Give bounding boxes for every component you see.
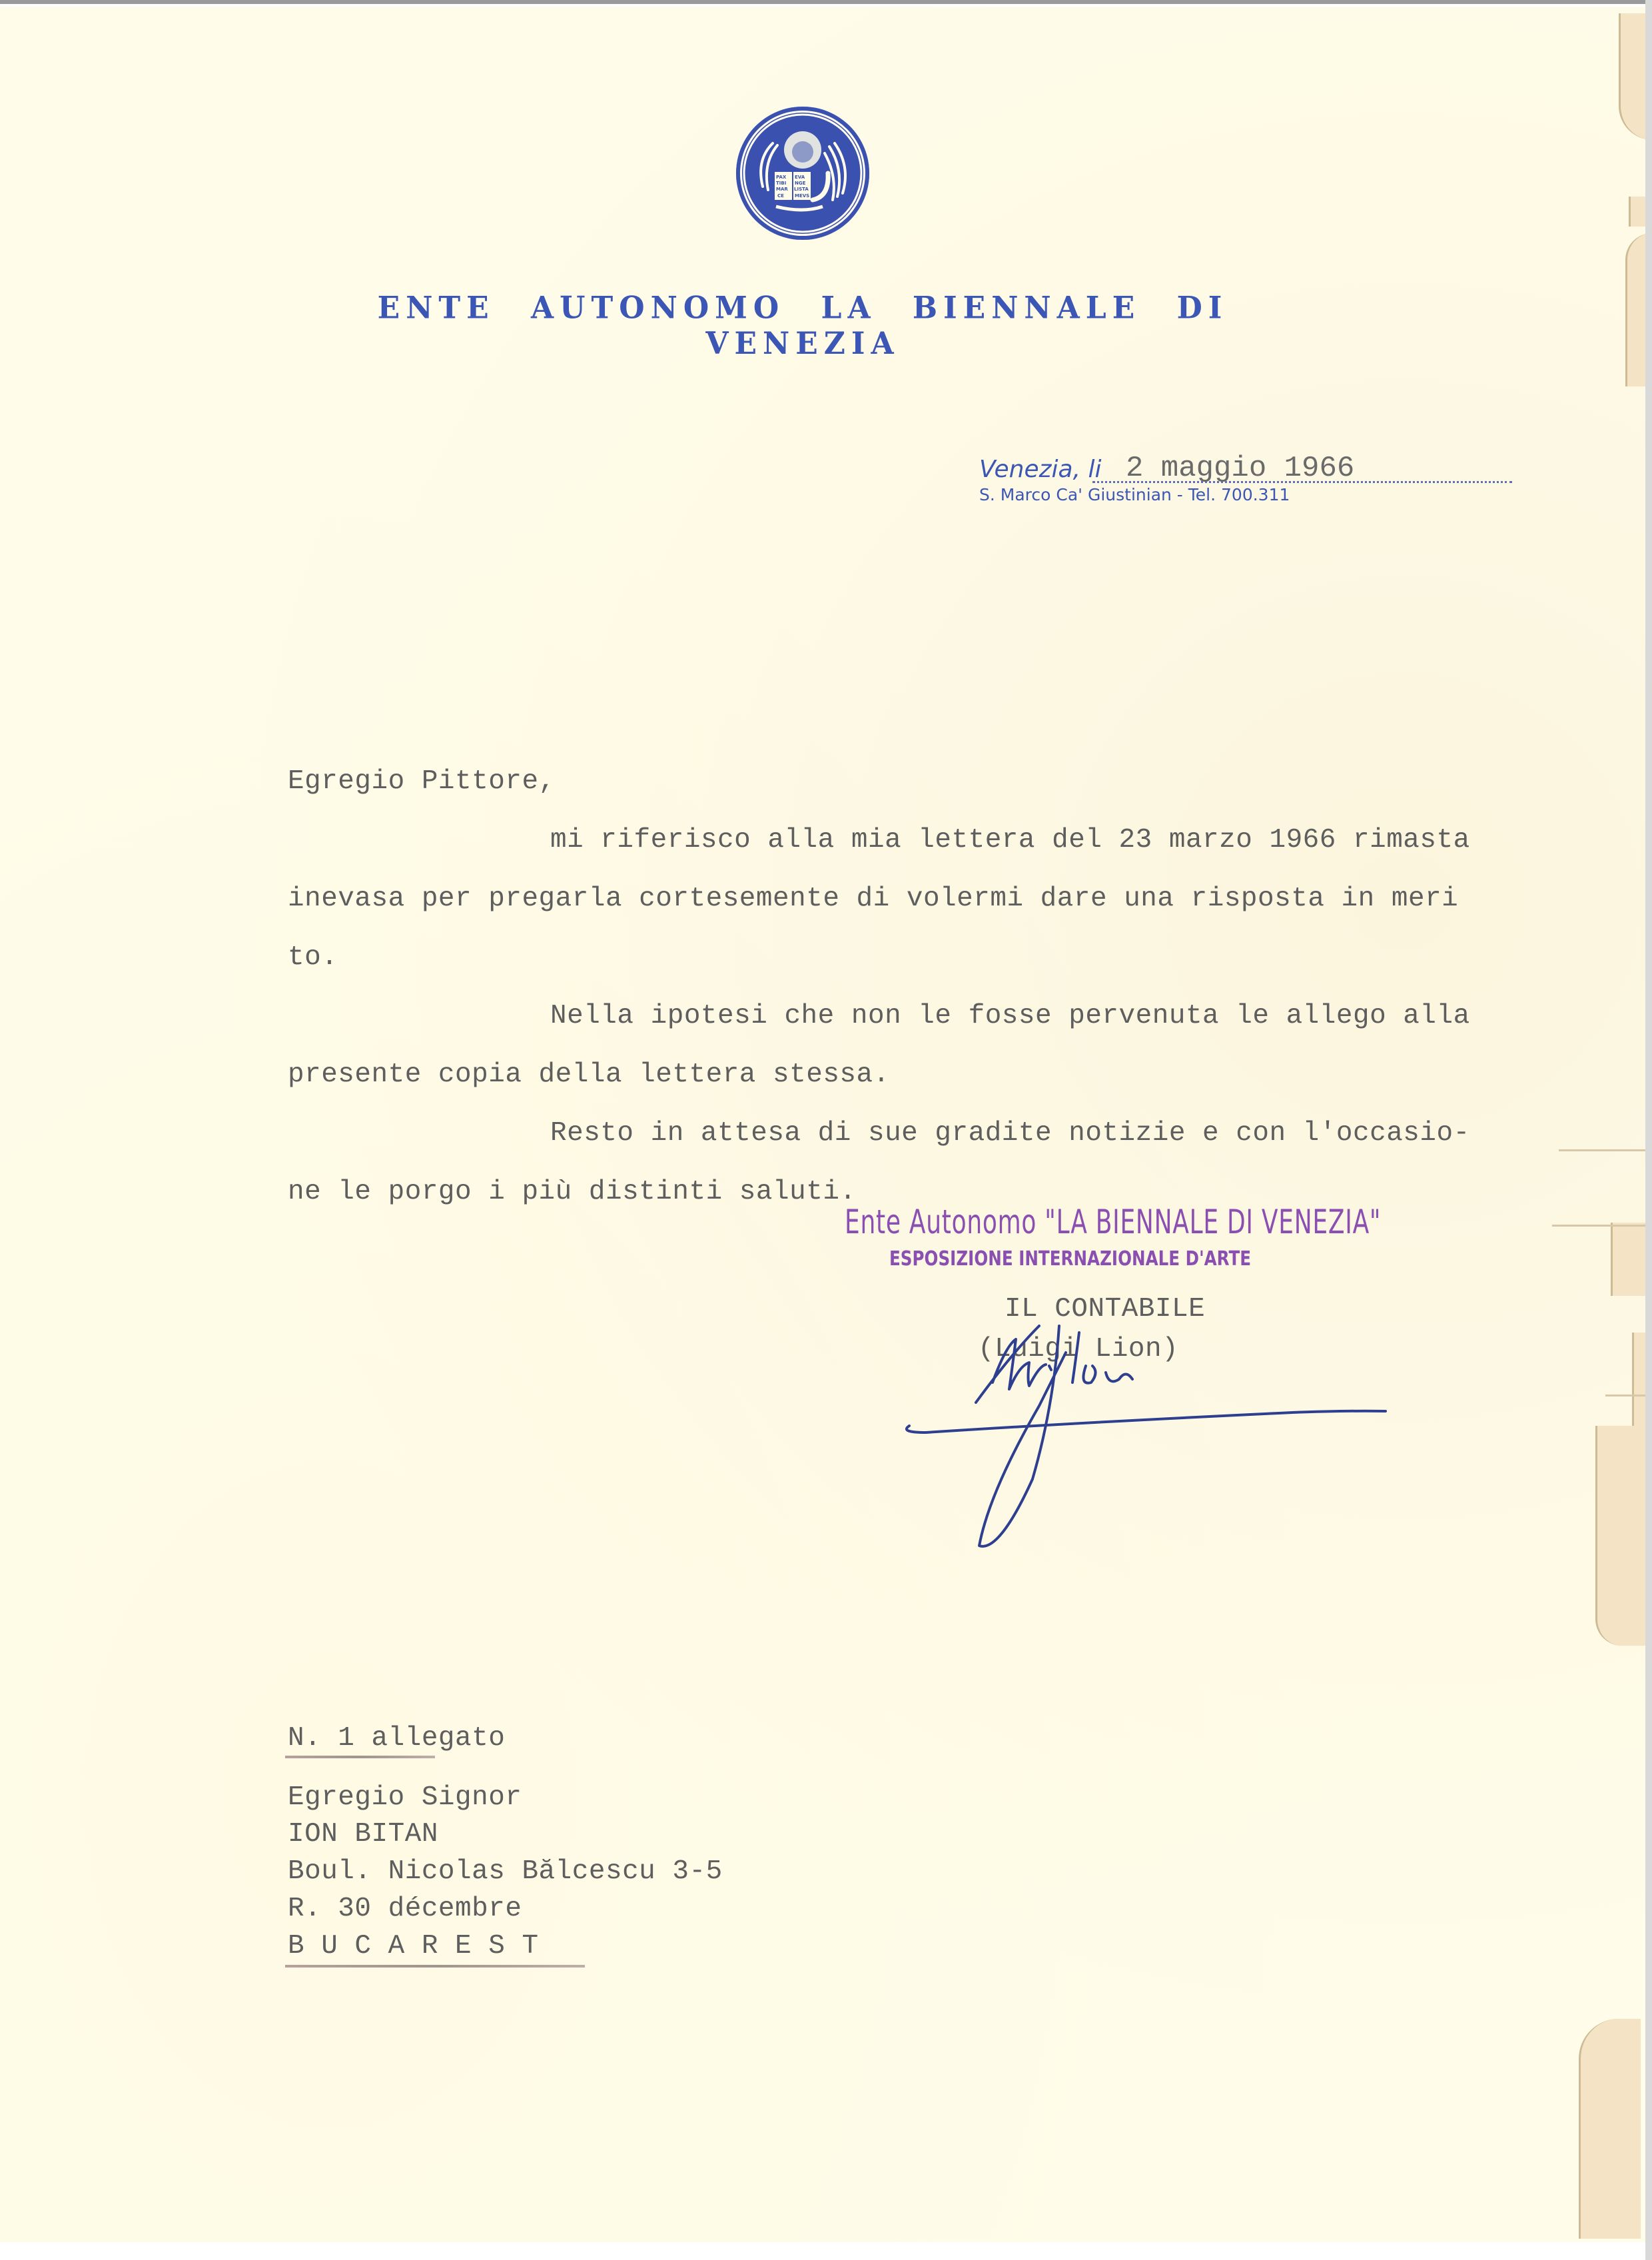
fold-crease: [1605, 1395, 1651, 1397]
recipient-line: R. 30 décembre: [288, 1894, 522, 1924]
torn-edge: [1595, 1426, 1649, 1646]
institution-stamp-subline: ESPOSIZIONE INTERNAZIONALE D'ARTE: [889, 1247, 1251, 1271]
svg-text:TIBI: TIBI: [776, 181, 786, 186]
handwritten-signature-icon: [879, 1273, 1479, 1572]
svg-text:NGE: NGE: [795, 181, 806, 186]
body-line: to.: [288, 942, 338, 973]
svg-text:EVA: EVA: [795, 175, 805, 180]
fold-crease: [1552, 1225, 1651, 1227]
organization-letterhead: ENTE AUTONOMO LA BIENNALE DI VENEZIA: [300, 290, 1306, 361]
institution-stamp-line: Ente Autonomo "LA BIENNALE DI VENEZIA": [845, 1203, 1381, 1241]
scan-top-edge: [0, 0, 1652, 4]
letter-date: 2 maggio 1966: [1126, 452, 1354, 485]
svg-text:CE: CE: [777, 193, 784, 199]
body-line: inevasa per pregarla cortesemente di vol…: [288, 883, 1458, 914]
place-label: Venezia, li: [979, 456, 1101, 483]
fold-crease: [1559, 1149, 1651, 1151]
recipient-line: Boul. Nicolas Bălcescu 3-5: [288, 1856, 723, 1887]
body-line: Resto in attesa di sue gradite notizie e…: [550, 1118, 1470, 1149]
biennale-lion-logo-icon: PAXTIBIMARCE EVANGELISTAMEVS: [736, 107, 869, 240]
scan-right-edge: [1645, 0, 1652, 2260]
svg-text:LISTA: LISTA: [794, 187, 809, 192]
letter-sheet: PAXTIBIMARCE EVANGELISTAMEVS ENTE AUTONO…: [0, 7, 1651, 2242]
salutation: Egregio Pittore,: [288, 766, 556, 797]
dateline: Venezia, li 2 maggio 1966: [979, 454, 1512, 488]
sender-address: S. Marco Ca' Giustinian - Tel. 700.311: [979, 485, 1290, 504]
body-line: mi riferisco alla mia lettera del 23 mar…: [550, 825, 1470, 855]
body-line: Nella ipotesi che non le fosse pervenuta…: [550, 1001, 1470, 1031]
torn-edge: [1579, 2019, 1641, 2239]
body-line: presente copia della lettera stessa.: [288, 1059, 890, 1090]
enclosure-underline: [285, 1756, 435, 1758]
svg-text:PAX: PAX: [776, 175, 787, 180]
torn-edge: [1611, 1223, 1649, 1296]
recipient-name: ION BITAN: [288, 1819, 438, 1850]
recipient-city: B U C A R E S T: [288, 1931, 539, 1962]
body-line: ne le porgo i più distinti saluti.: [288, 1177, 857, 1207]
city-underline: [285, 1965, 585, 1968]
enclosure-label: N. 1 allegato: [288, 1723, 505, 1754]
svg-text:MAR: MAR: [776, 187, 788, 192]
recipient-line: Egregio Signor: [288, 1782, 522, 1813]
svg-text:MEVS: MEVS: [795, 193, 809, 199]
